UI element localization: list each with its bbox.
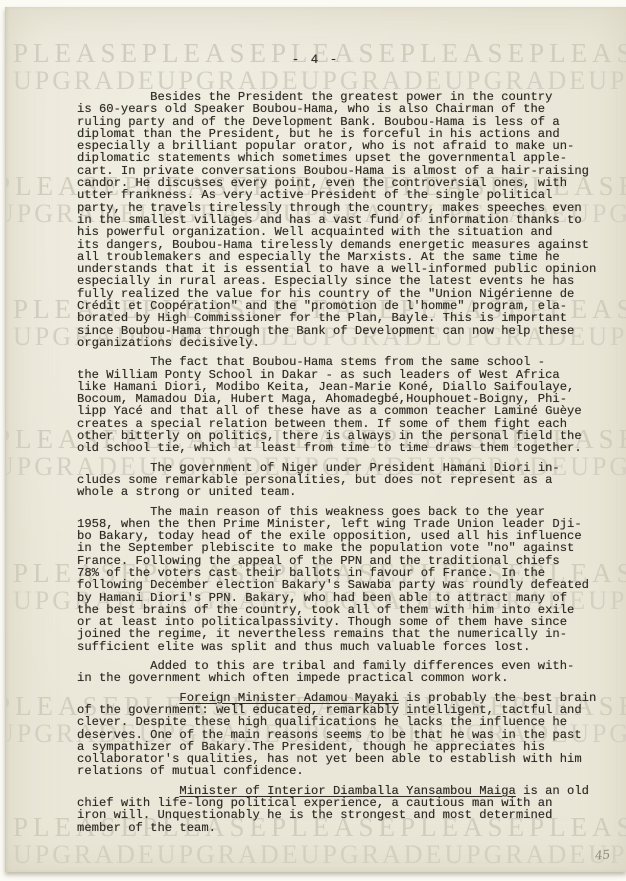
document-line: in the September plebiscite to make the … xyxy=(77,542,622,554)
document-line: old school tie, which at least from time… xyxy=(77,442,622,454)
document-line: The main reason of this weakness goes ba… xyxy=(77,506,622,518)
document-line: joined the regime, it nevertheless remai… xyxy=(77,628,622,640)
watermark-word-upgrade: UPGRADE xyxy=(301,841,445,869)
document-line: relations of mutual confidence. xyxy=(77,765,622,777)
document-line: deserves. One of the main reasons seems … xyxy=(77,729,622,741)
document-body: Besides the President the greatest power… xyxy=(77,91,622,841)
watermark-pair: PLEASEPLEASEPLEASEPLEASEPLEASEUPGRADEUPG… xyxy=(5,39,626,95)
document-line: lipp Yacé and that all of these have as … xyxy=(77,405,622,417)
document-line: The fact that Boubou-Hama stems from the… xyxy=(77,356,622,368)
document-line: clever. Despite these high qualification… xyxy=(77,716,622,728)
watermark-word-upgrade: UPGRADE xyxy=(13,841,157,869)
document-line: his powerful organization. Well acquaint… xyxy=(77,226,622,238)
paragraph: Minister of Interior Diamballa Yansambou… xyxy=(77,785,622,834)
watermark-word-upgrade-row: UPGRADEUPGRADEUPGRADEUPGRADEUPGRADE xyxy=(5,841,626,869)
document-line: diplomatic statements which sometimes up… xyxy=(77,152,622,164)
document-line: especially in rural areas. Especially si… xyxy=(77,275,622,287)
paragraph: The fact that Boubou-Hama stems from the… xyxy=(77,356,622,454)
document-line: whole a strong or united team. xyxy=(77,486,622,498)
document-line: its dangers, Boubou-Hama tirelessly dema… xyxy=(77,239,622,251)
document-line: in the government which often impede pra… xyxy=(77,672,622,684)
watermark-word-upgrade: UPGRADE xyxy=(157,841,301,869)
document-line: member of the team. xyxy=(77,822,622,834)
paragraph: Besides the President the greatest power… xyxy=(77,91,622,349)
document-line: sufficient elite was split and thus much… xyxy=(77,641,622,653)
paragraph: The main reason of this weakness goes ba… xyxy=(77,506,622,654)
paragraph: The government of Niger under President … xyxy=(77,462,622,499)
page-number: - 4 - xyxy=(5,53,626,67)
document-line: organizations decisively. xyxy=(77,337,622,349)
document-line: utter frankness. As very active Presiden… xyxy=(77,189,622,201)
document-line: iron will. Unquestionably he is the stro… xyxy=(77,809,622,821)
document-line: the William Ponty School in Dakar - as s… xyxy=(77,369,622,381)
paragraph: Foreign Minister Adamou Mayaki is probab… xyxy=(77,692,622,778)
paragraph: Added to this are tribal and family diff… xyxy=(77,660,622,685)
document-line: following December election Bakary's Saw… xyxy=(77,579,622,591)
document-page: PLEASEPLEASEPLEASEPLEASEPLEASEUPGRADEUPG… xyxy=(5,7,626,872)
document-line: borated by High Commissioner for the Pla… xyxy=(77,312,622,324)
corner-note-handwritten: 45 xyxy=(594,847,611,863)
watermark-word-upgrade: UPGRADE xyxy=(444,841,588,869)
document-line: is 60-years old Speaker Boubou-Hama, who… xyxy=(77,103,622,115)
